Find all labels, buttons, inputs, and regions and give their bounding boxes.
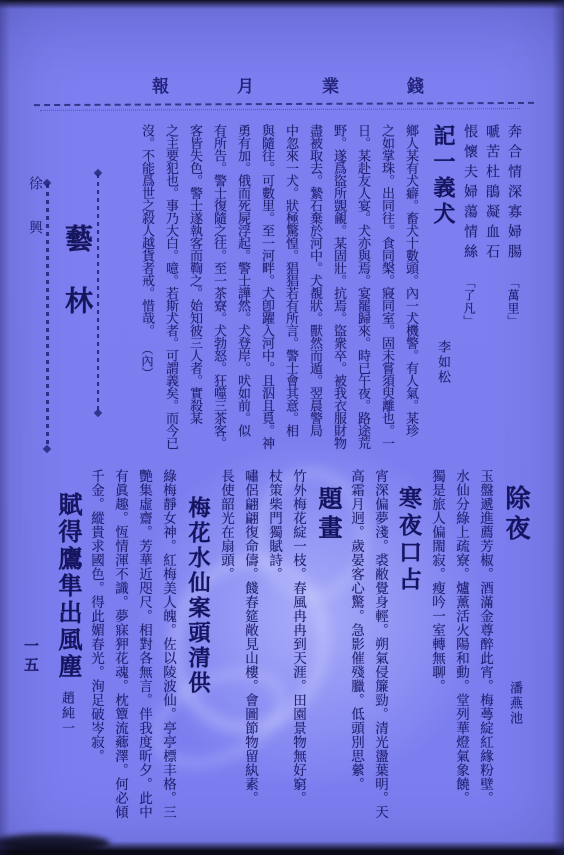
header-rule-secondary — [40, 108, 520, 111]
poems-text-block: 除夜潘燕池 玉盤遞進薦芳椒。酒滿金尊醉此宵。梅蕚綻紅緣粉壁。 水仙分綠上疏寮。爐… — [32, 455, 528, 815]
margin-char-bottom: 興 — [27, 220, 42, 234]
story-title-text: 記一義犬 — [431, 124, 456, 228]
story-column: 盡被取去。縶石棄於河中。犬覩狀。獸然而遁。翌晨警局 — [307, 124, 322, 437]
poem-column: 綠梅靜女神。紅梅美人魄。佐以陵波仙。亭亭標丰格。三 — [160, 455, 175, 819]
poem-title-hanye: 寒夜口占 — [392, 455, 420, 594]
story-column: 之如掌珠。出同往。食同槃。寢同室。固未嘗須臾離也。一 — [379, 124, 394, 449]
poem-title-tihua: 題畫 — [310, 455, 339, 544]
prev-poem-column: 嗁苦杜鵑凝血石 — [482, 124, 498, 264]
series-heading: 藝林 — [56, 168, 90, 348]
scan-edge-right — [552, 0, 564, 855]
poem-column: 艷集虛齋。芳華近咫尺。相對各無言。伴我度昕夕。此中 — [136, 455, 151, 819]
poem-column: 長使韶光在扇頭。 — [218, 455, 233, 581]
story-column: 日。某赴友人宴。犬亦與焉。宴罷歸來。時已午夜。路途荒 — [355, 124, 370, 449]
story-column: 中忽來一犬。狀極驚惶。猖猖若有所言。警士會其意。相 — [283, 124, 298, 437]
page-header-title: 報月業錢 — [152, 72, 492, 97]
story-column: 勇有加。俄而死屍浮起。警士譁然。犬登岸。吠如前。似 — [235, 124, 250, 437]
margin-char-top: 徐 — [27, 176, 42, 190]
header-rule — [34, 102, 534, 106]
poem-author: 潘燕池 — [508, 681, 523, 726]
poem-title-note: 「了凡」 — [462, 276, 476, 328]
poem-column: 千金。縱貴求國色。得此媚春光。洵足破岑寂。 — [88, 455, 103, 763]
poem-title-fude: 賦得鷹隼出風塵趙純一 — [49, 455, 79, 736]
poem-column: 高霜月迥。歲晏客心驚。急影催殘臘。低頭別思縈。 — [348, 455, 363, 791]
ornament-rule-right — [97, 174, 99, 412]
poem-column: 嘯侶翩翩復命儔。餞春筵敞見山樓。會圖節物留紈素。 — [242, 455, 257, 805]
poem-title-meihua: 梅花水仙案頭清供 — [181, 455, 209, 696]
poem-column: 竹外梅花綻一枝。春風冉冉到天涯。田園景物無好窮。 — [290, 455, 305, 805]
story-column: 之主要犯也。事乃大白。噫。若斯犬者。可謂義矣。而今已 — [163, 124, 178, 449]
margin-label: 徐興 — [27, 176, 41, 234]
page-number: 一五 — [22, 638, 37, 676]
story-author: 李如松 — [436, 340, 451, 385]
prev-poem-text: 嗁苦杜鵑凝血石 — [484, 124, 499, 264]
story-column: 與隨往。可數里。至一河畔。犬卽躍入河中。且泅且覓。神 — [259, 124, 274, 449]
scanned-page: 報月業錢 奔合情深寡婦腸「萬里」 嗁苦杜鵑凝血石 悵懷夫婦蕩情絲「了凡」 記一義… — [0, 0, 564, 855]
story-column: 野。遂爲盜所覬覦。某固壯。抗焉。盜衆卒。被我衣服財物 — [331, 124, 346, 449]
story-title: 記一義犬李如松 — [428, 124, 454, 385]
prev-poem-column: 奔合情深寡婦腸「萬里」 — [504, 124, 520, 328]
prev-poem-text: 悵懷夫婦蕩情絲 — [462, 124, 477, 264]
poem-column: 杖策柴門獨賦詩。 — [266, 455, 281, 581]
story-column: 鄉人某有犬癖。畜犬十數頭。內一犬機警。有人氣。某珍 — [403, 124, 418, 437]
scan-edge-left — [0, 0, 10, 855]
scan-shadow-blob — [0, 834, 110, 852]
poem-title-note: 「萬里」 — [506, 276, 520, 328]
poem-title-chuye: 除夜潘燕池 — [498, 455, 528, 726]
story-column: 沒。不能爲世之殺人越貨者戒。惜哉。（內） — [139, 124, 154, 379]
poem-column: 獨是旅人偏閙寂。瘦吟一室轉無聊。 — [429, 455, 444, 693]
story-column: 客皆失色。警士遂執客而鞫之。始知彼三人者。實殺某 — [187, 124, 202, 424]
poem-column: 宵深偏夢淺。裘敝覺身輕。朔氣侵簾勁。清光盪葉明。天 — [372, 455, 387, 819]
poem-column: 玉盤遞進薦芳椒。酒滿金尊醉此宵。梅蕚綻紅緣粉壁。 — [477, 455, 492, 805]
poem-author: 趙純一 — [60, 691, 75, 736]
story-end-mark: （內） — [140, 349, 154, 379]
scan-edge-top — [0, 0, 564, 9]
series-heading-block: 藝林 — [46, 168, 99, 448]
poem-column: 有眞趣。恆情渾不識。夢寐狎花魂。枕簟流薌澤。何必傾 — [112, 455, 127, 819]
prev-poem-text: 奔合情深寡婦腸 — [506, 124, 521, 264]
story-text-block: 奔合情深寡婦腸「萬里」 嗁苦杜鵑凝血石 悵懷夫婦蕩情絲「了凡」 記一義犬李如松 … — [104, 124, 520, 470]
story-column: 有所告。警士復隨之往。至一茶寮。犬勃怒。狂噬三茶客。 — [211, 124, 226, 449]
poem-column: 水仙分綠上疏寮。爐薰活火陽和動。堂列華燈氣象饒。 — [453, 455, 468, 805]
ornament-rule-left — [46, 184, 49, 448]
prev-poem-column: 悵懷夫婦蕩情絲「了凡」 — [460, 124, 476, 328]
